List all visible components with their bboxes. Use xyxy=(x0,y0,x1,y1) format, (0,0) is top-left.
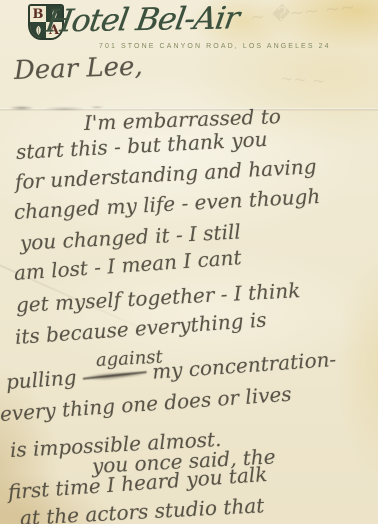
correction-after: my concentration- xyxy=(151,347,337,384)
letter-line: start this - but thank you xyxy=(15,129,267,162)
letterhead: B A Hotel Bel-Air 701 STONE CANYON ROAD,… xyxy=(0,0,378,58)
letterhead-address: 701 STONE CANYON ROAD, LOS ANGELES 24 xyxy=(99,43,331,50)
ink-showthrough: ~~ ~ xyxy=(279,68,326,90)
greeting-line: Dear Lee, xyxy=(14,54,144,84)
monogram-letter-b: B xyxy=(33,8,44,21)
correction-before: pulling xyxy=(5,365,77,394)
hotel-name-script: Hotel Bel-Air xyxy=(43,1,241,38)
crossed-out-word xyxy=(82,368,147,383)
monogram-quadrant: B xyxy=(30,6,46,22)
leaf-icon xyxy=(33,25,44,36)
letter-paper: ~ �~~ ~~ ~~ ~ B A Hotel Bel-Air 701 STON… xyxy=(0,0,378,524)
